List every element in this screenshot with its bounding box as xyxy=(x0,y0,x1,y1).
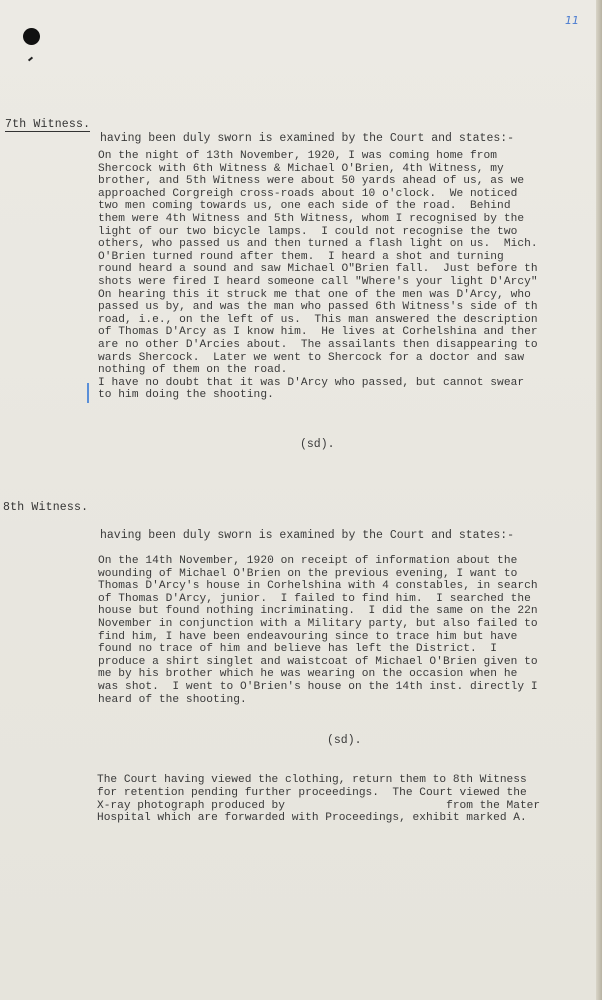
text-line: shots were fired I heard someone call "W… xyxy=(98,276,538,289)
text-line: passed us by, and was the man who passed… xyxy=(98,301,538,314)
text-line: heard of the shooting. xyxy=(98,694,538,707)
text-line: The Court having viewed the clothing, re… xyxy=(97,774,540,787)
text-line: I have no doubt that it was D'Arcy who p… xyxy=(98,377,538,390)
witness-8-heading: 8th Witness. xyxy=(3,501,88,514)
text-line: are no other D'Arcies about. The assaila… xyxy=(98,339,538,352)
text-line: light of our two bicycle lamps. I could … xyxy=(98,226,538,239)
text-line: Shercock with 6th Witness & Michael O'Br… xyxy=(98,163,538,176)
page-edge xyxy=(596,0,602,1000)
text-line: Hospital which are forwarded with Procee… xyxy=(97,812,540,825)
witness-7-lead: having been duly sworn is examined by th… xyxy=(100,132,514,145)
court-closing-note: The Court having viewed the clothing, re… xyxy=(97,774,540,825)
witness-8-statement: On the 14th November, 1920 on receipt of… xyxy=(98,555,538,706)
text-line: nothing of them on the road. xyxy=(98,364,538,377)
text-line: me by his brother which he was wearing o… xyxy=(98,668,538,681)
text-line: Thomas D'Arcy's house in Corhelshina wit… xyxy=(98,580,538,593)
text-line: found no trace of him and believe has le… xyxy=(98,643,538,656)
text-line: wards Shercock. Later we went to Shercoc… xyxy=(98,352,538,365)
text-line: wounding of Michael O'Brien on the previ… xyxy=(98,568,538,581)
text-line: road, i.e., on the left of us. This man … xyxy=(98,314,538,327)
witness-8-signature: (sd). xyxy=(327,734,362,747)
text-line: On hearing this it struck me that one of… xyxy=(98,289,538,302)
text-line: On the 14th November, 1920 on receipt of… xyxy=(98,555,538,568)
text-line: others, who passed us and then turned a … xyxy=(98,238,538,251)
punch-hole-icon xyxy=(23,28,40,45)
text-line: approached Corgreigh cross-roads about 1… xyxy=(98,188,538,201)
text-line: O'Brien turned round after them. I heard… xyxy=(98,251,538,264)
text-line: November in conjunction with a Military … xyxy=(98,618,538,631)
text-line: brother, and 5th Witness were about 50 y… xyxy=(98,175,538,188)
text-line: round heard a sound and saw Michael O"Br… xyxy=(98,263,538,276)
text-line: house but found nothing incriminating. I… xyxy=(98,605,538,618)
text-line: for retention pending further proceeding… xyxy=(97,787,540,800)
margin-line xyxy=(87,383,89,403)
text-line: of Thomas D'Arcy as I know him. He lives… xyxy=(98,326,538,339)
text-line: them were 4th Witness and 5th Witness, w… xyxy=(98,213,538,226)
text-line: On the night of 13th November, 1920, I w… xyxy=(98,150,538,163)
witness-7-signature: (sd). xyxy=(300,438,335,451)
text-line: X-ray photograph produced by from the Ma… xyxy=(97,800,540,813)
text-line: produce a shirt singlet and waistcoat of… xyxy=(98,656,538,669)
text-line: two men coming towards us, one each side… xyxy=(98,200,538,213)
text-line: to him doing the shooting. xyxy=(98,389,538,402)
text-line: of Thomas D'Arcy, junior. I failed to fi… xyxy=(98,593,538,606)
witness-7-statement: On the night of 13th November, 1920, I w… xyxy=(98,150,538,402)
text-line: find him, I have been endeavouring since… xyxy=(98,631,538,644)
text-line: was shot. I went to O'Brien's house on t… xyxy=(98,681,538,694)
witness-8-lead: having been duly sworn is examined by th… xyxy=(100,529,514,542)
folio-number: 11 xyxy=(565,14,579,27)
witness-7-heading: 7th Witness. xyxy=(5,118,90,131)
